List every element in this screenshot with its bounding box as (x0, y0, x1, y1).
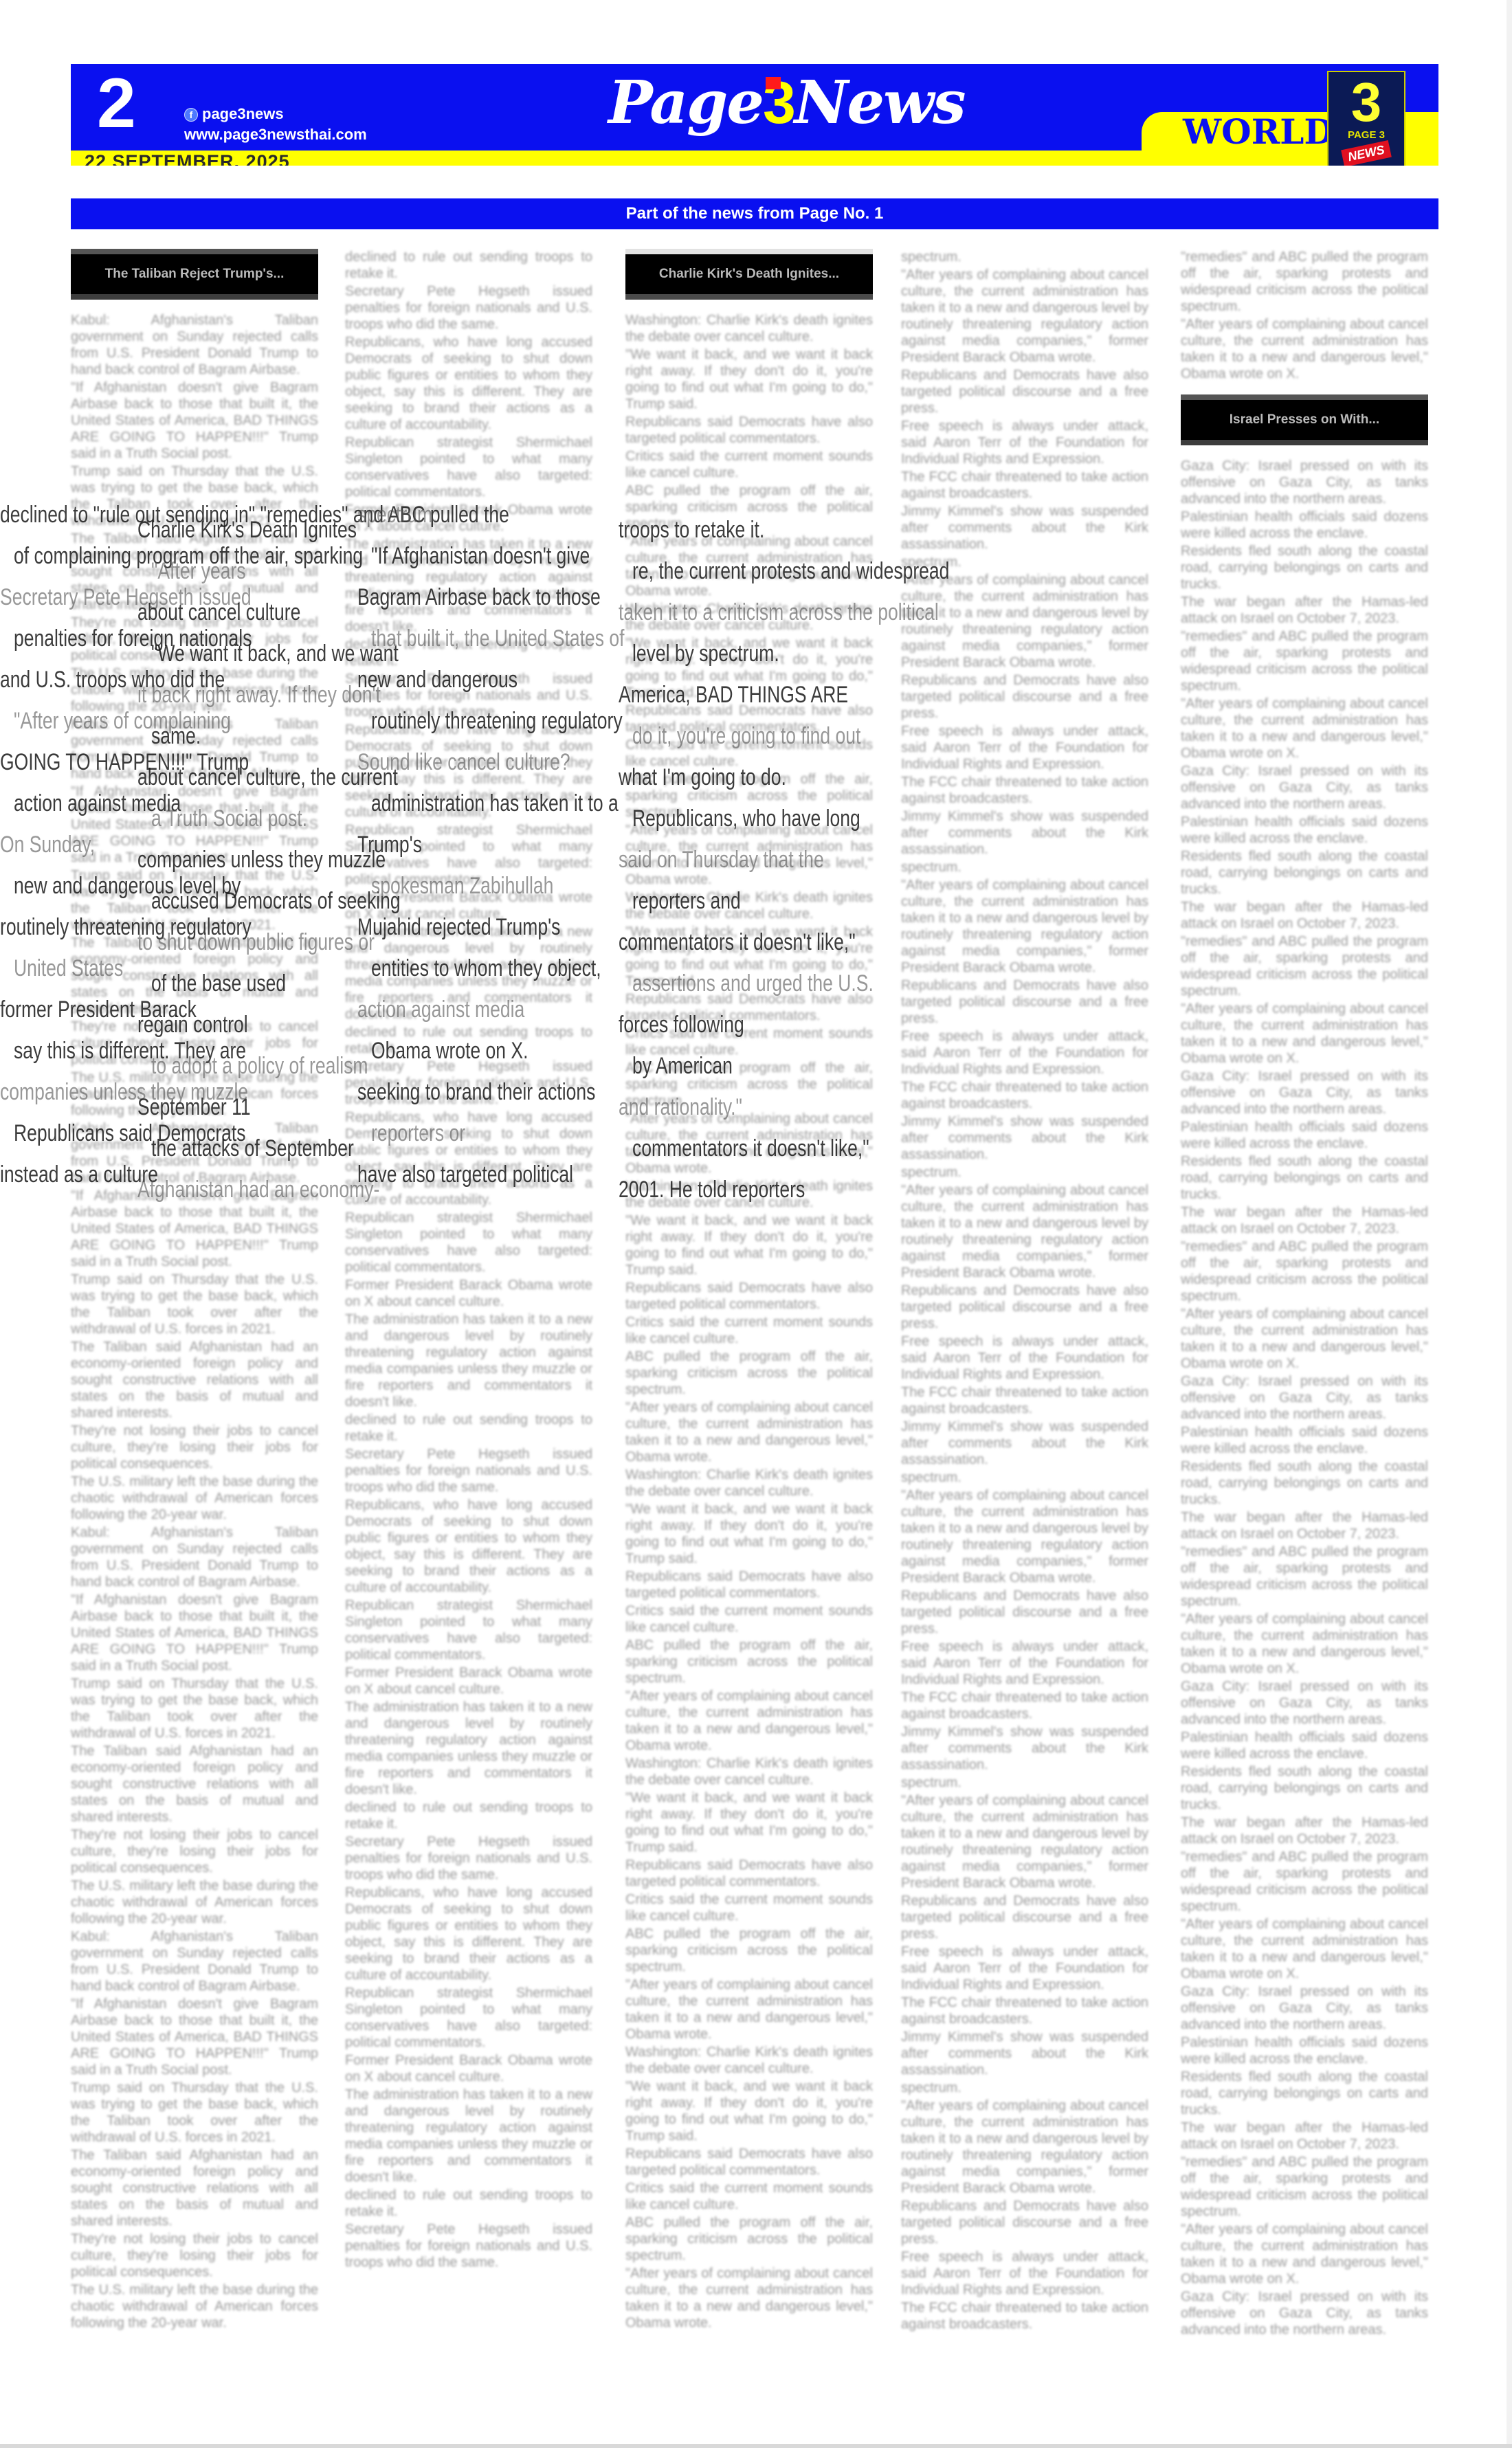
article-paragraph: Republicans and Democrats have also targ… (901, 1588, 1148, 1637)
article-paragraph: spectrum. (901, 249, 1148, 265)
article-headline: Israel Presses on With... (1181, 394, 1428, 445)
website-link[interactable]: www.page3newsthai.com (184, 124, 367, 145)
article-paragraph: The war began after the Hamas-led attack… (1181, 899, 1428, 932)
article-paragraph: The Taliban said Afghanistan had an econ… (71, 1339, 318, 1421)
article-paragraph: Republicans said Democrats have also tar… (625, 1568, 873, 1601)
article-paragraph: Jimmy Kimmel's show was suspended after … (901, 1113, 1148, 1163)
article-paragraph: The FCC chair threatened to take action … (901, 774, 1148, 807)
article-paragraph: "After years of complaining about cancel… (625, 2265, 873, 2331)
overlay-text-fragment: action against media (357, 997, 524, 1023)
article-paragraph: They're not losing their jobs to cancel … (71, 1423, 318, 1472)
article-headline: Charlie Kirk's Death Ignites... (625, 249, 873, 300)
article-paragraph: Republicans, who have long accused Democ… (345, 1497, 592, 1596)
article-paragraph: Critics said the current moment sounds l… (625, 448, 873, 481)
article-paragraph: Residents fled south along the coastal r… (1181, 1153, 1428, 1203)
article-paragraph: "We want it back, and we want it back ri… (625, 2078, 873, 2144)
article-paragraph: Republicans, who have long accused Democ… (345, 1884, 592, 1983)
article-paragraph: The war began after the Hamas-led attack… (1181, 1204, 1428, 1237)
overlay-text-fragment: about cancel culture (137, 599, 300, 625)
article-paragraph: spectrum. (901, 1164, 1148, 1181)
article-paragraph: Republican strategist Shermichael Single… (345, 434, 592, 500)
facebook-icon: f (184, 108, 198, 122)
overlay-text-fragment: have also targeted political (357, 1161, 573, 1188)
overlay-text-fragment: Mujahid rejected Trump's (357, 914, 560, 940)
article-paragraph: Gaza City: Israel pressed on with its of… (1181, 458, 1428, 507)
article-paragraph: Residents fled south along the coastal r… (1181, 543, 1428, 592)
article-paragraph: "remedies" and ABC pulled the program of… (1181, 933, 1428, 999)
article-paragraph: Palestinian health officials said dozens… (1181, 509, 1428, 542)
overlay-text-fragment: forces following (619, 1012, 744, 1038)
article-paragraph: Republicans said Democrats have also tar… (625, 1857, 873, 1890)
overlay-text-fragment: same. (151, 723, 201, 749)
overlay-text-fragment: the attacks of September (151, 1135, 354, 1161)
article-paragraph: The war began after the Hamas-led attack… (1181, 1509, 1428, 1542)
article-paragraph: "After years of complaining about cancel… (901, 1487, 1148, 1586)
article-paragraph: "We want it back, and we want it back ri… (625, 1790, 873, 1856)
overlay-text-fragment: and rationality." (619, 1094, 742, 1120)
article-paragraph: The administration has taken it to a new… (345, 1311, 592, 1410)
article-paragraph: ABC pulled the program off the air, spar… (625, 2214, 873, 2264)
article-paragraph: declined to rule out sending troops to r… (345, 1799, 592, 1832)
overlay-text-fragment: seeking to brand their actions (357, 1079, 595, 1105)
article-paragraph: Free speech is always under attack, said… (901, 1944, 1148, 1993)
article-paragraph: Kabul: Afghanistan's Taliban government … (71, 1524, 318, 1590)
article-paragraph: "remedies" and ABC pulled the program of… (1181, 1238, 1428, 1304)
article-paragraph: Residents fled south along the coastal r… (1181, 1763, 1428, 1813)
article-paragraph: Secretary Pete Hegseth issued penalties … (345, 1446, 592, 1495)
article-paragraph: Republicans and Democrats have also targ… (901, 1893, 1148, 1942)
overlay-text-fragment: America, BAD THINGS ARE (619, 682, 848, 708)
article-paragraph: Free speech is always under attack, said… (901, 1028, 1148, 1078)
article-paragraph: Trump said on Thursday that the U.S. was… (71, 1271, 318, 1337)
article-headline: The Taliban Reject Trump's... (71, 249, 318, 300)
overlay-text-fragment: level by spectrum. (632, 641, 779, 667)
article-paragraph: Residents fled south along the coastal r… (1181, 1458, 1428, 1508)
article-paragraph: Republicans said Democrats have also tar… (625, 414, 873, 447)
overlay-text-fragment: spectrum. (357, 502, 437, 528)
overlay-text-fragment: Trump's (357, 832, 422, 858)
article-paragraph: "remedies" and ABC pulled the program of… (1181, 249, 1428, 315)
article-paragraph: "remedies" and ABC pulled the program of… (1181, 628, 1428, 694)
article-paragraph: Secretary Pete Hegseth issued penalties … (345, 2221, 592, 2271)
overlay-text-fragment: Sound like cancel culture? (357, 749, 570, 775)
article-paragraph: Republicans and Democrats have also targ… (901, 1282, 1148, 1332)
article-paragraph: "After years of complaining about cancel… (901, 267, 1148, 366)
newspaper-logo: Page3News (608, 74, 965, 133)
article-paragraph: The U.S. military left the base during t… (71, 1878, 318, 1927)
article-paragraph: declined to rule out sending troops to r… (345, 2187, 592, 2220)
article-paragraph: The war began after the Hamas-led attack… (1181, 594, 1428, 627)
article-paragraph: The FCC chair threatened to take action … (901, 1384, 1148, 1417)
article-paragraph: Jimmy Kimmel's show was suspended after … (901, 1724, 1148, 1773)
article-paragraph: Former President Barack Obama wrote on X… (345, 1277, 592, 1310)
overlay-text-fragment: instead as a culture (0, 1161, 158, 1188)
article-paragraph: The U.S. military left the base during t… (71, 2282, 318, 2331)
article-paragraph: "After years of complaining about cancel… (1181, 316, 1428, 382)
overlay-text-fragment: September 11 (137, 1094, 251, 1120)
overlay-text-fragment: administration has taken it to a (371, 790, 619, 816)
article-paragraph: declined to rule out sending troops to r… (345, 1412, 592, 1445)
overlay-text-fragment: reporters or (371, 1120, 465, 1146)
overlay-text-fragment: assertions and urged the U.S. (632, 970, 874, 997)
article-paragraph: Republican strategist Shermichael Single… (345, 1985, 592, 2051)
article-paragraph: "After years of complaining about cancel… (1181, 1001, 1428, 1067)
overlay-text-fragment: of the base used (151, 970, 286, 997)
overlay-text-fragment: by American (632, 1053, 733, 1079)
continuation-banner: Part of the news from Page No. 1 (71, 198, 1438, 230)
overlay-text-fragment: Obama wrote on X. (371, 1038, 528, 1064)
article-paragraph: The war began after the Hamas-led attack… (1181, 2119, 1428, 2152)
overlay-text-fragment: taken it to a criticism across the polit… (619, 599, 939, 625)
issue-date: 22 SEPTEMBER, 2025 (85, 152, 290, 166)
article-paragraph: Palestinian health officials said dozens… (1181, 1729, 1428, 1762)
article-paragraph: "After years of complaining about cancel… (1181, 696, 1428, 761)
article-paragraph: "After years of complaining about cancel… (901, 1182, 1148, 1281)
overlay-text-fragment: commentators it doesn't like," (632, 1135, 869, 1161)
overlay-text-fragment: Charlie Kirk's Death Ignites (137, 517, 357, 543)
article-paragraph: Jimmy Kimmel's show was suspended after … (901, 808, 1148, 858)
overlay-text-fragment: said on Thursday that the (619, 847, 824, 873)
article-paragraph: The war began after the Hamas-led attack… (1181, 1814, 1428, 1847)
article-paragraph: The administration has taken it to a new… (345, 1699, 592, 1798)
article-paragraph: Free speech is always under attack, said… (901, 1638, 1148, 1688)
article-paragraph: Palestinian health officials said dozens… (1181, 2034, 1428, 2067)
article-paragraph: They're not losing their jobs to cancel … (71, 2231, 318, 2280)
overlay-text-fragment: United States (14, 955, 123, 981)
overlay-text-fragment: regain control (137, 1012, 248, 1038)
article-paragraph: Former President Barack Obama wrote on X… (345, 1665, 592, 1698)
article-paragraph: Republicans, who have long accused Democ… (345, 334, 592, 433)
article-paragraph: "We want it back, and we want it back ri… (625, 1501, 873, 1567)
article-paragraph: Gaza City: Israel pressed on with its of… (1181, 2289, 1428, 2338)
article-paragraph: The Taliban said Afghanistan had an econ… (71, 2147, 318, 2229)
viewer-right-edge (1507, 0, 1512, 2448)
article-paragraph: Washington: Charlie Kirk's death ignites… (625, 312, 873, 345)
article-paragraph: Critics said the current moment sounds l… (625, 1314, 873, 1347)
article-paragraph: Palestinian health officials said dozens… (1181, 1424, 1428, 1457)
article-paragraph: Residents fled south along the coastal r… (1181, 848, 1428, 898)
article-paragraph: Free speech is always under attack, said… (901, 2249, 1148, 2298)
badge-digit: 3 (1328, 75, 1404, 130)
article-paragraph: Gaza City: Israel pressed on with its of… (1181, 763, 1428, 812)
article-paragraph: They're not losing their jobs to cancel … (71, 1827, 318, 1876)
masthead: 2 fpage3news www.page3newsthai.com 22 SE… (71, 64, 1438, 166)
article-paragraph: "After years of complaining about cancel… (1181, 2221, 1428, 2287)
overlay-text-fragment: to shut down public figures or (137, 929, 375, 955)
article-paragraph: spectrum. (901, 1774, 1148, 1791)
overlay-text-fragment: On Sunday, (0, 832, 95, 858)
article-paragraph: Kabul: Afghanistan's Taliban government … (71, 1928, 318, 1994)
article-paragraph: Secretary Pete Hegseth issued penalties … (345, 1834, 592, 1883)
article-paragraph: declined to rule out sending troops to r… (345, 249, 592, 282)
badge-news-tag: NEWS (1341, 140, 1392, 166)
article-paragraph: spectrum. (901, 1469, 1148, 1486)
article-column-5: "remedies" and ABC pulled the program of… (1181, 249, 1428, 2339)
viewer-bottom-edge (0, 2444, 1512, 2448)
article-paragraph: Republicans and Democrats have also targ… (901, 367, 1148, 416)
article-paragraph: "After years of complaining about cancel… (625, 1399, 873, 1465)
page-number: 2 (97, 68, 136, 138)
overlay-text-fragment: accused Democrats of seeking (151, 888, 401, 914)
overlay-text-fragment: a Truth Social post. (151, 805, 307, 832)
article-paragraph: Gaza City: Israel pressed on with its of… (1181, 1373, 1428, 1423)
article-paragraph: Gaza City: Israel pressed on with its of… (1181, 1068, 1428, 1117)
article-paragraph: "After years of complaining about cancel… (901, 2098, 1148, 2196)
overlay-text-fragment: Afghanistan had an economy- (137, 1177, 379, 1203)
article-body: "remedies" and ABC pulled the program of… (1181, 249, 1428, 2338)
article-paragraph: "We want it back, and we want it back ri… (625, 1212, 873, 1278)
article-paragraph: Washington: Charlie Kirk's death ignites… (625, 1467, 873, 1500)
article-paragraph: Republican strategist Shermichael Single… (345, 1210, 592, 1276)
overlay-text-fragment: Bagram Airbase back to those (357, 584, 601, 610)
article-paragraph: The U.S. military left the base during t… (71, 1473, 318, 1523)
article-paragraph: "If Afghanistan doesn't give Bagram Airb… (71, 1996, 318, 2078)
overlay-text-fragment: it back right away. If they don't (137, 682, 381, 708)
article-paragraph: Former President Barack Obama wrote on X… (345, 2052, 592, 2085)
article-paragraph: Trump said on Thursday that the U.S. was… (71, 1676, 318, 1742)
overlay-text-fragment: spokesman Zabihullah (371, 873, 553, 899)
overlay-text-fragment: troops to retake it. (619, 517, 764, 543)
article-paragraph: Gaza City: Israel pressed on with its of… (1181, 1983, 1428, 2033)
facebook-handle: page3news (202, 105, 284, 122)
article-paragraph: Secretary Pete Hegseth issued penalties … (345, 283, 592, 333)
social-links: fpage3news www.page3newsthai.com (184, 104, 367, 145)
article-paragraph: "After years of complaining about cancel… (901, 1792, 1148, 1891)
facebook-link[interactable]: fpage3news (184, 104, 367, 124)
article-paragraph: Free speech is always under attack, said… (901, 723, 1148, 772)
overlay-text-fragment: Republicans, who have long (632, 805, 860, 832)
article-paragraph: Trump said on Thursday that the U.S. was… (71, 2080, 318, 2146)
badge-caption: PAGE 3 (1328, 130, 1404, 141)
article-paragraph: "remedies" and ABC pulled the program of… (1181, 1544, 1428, 1610)
article-paragraph: Free speech is always under attack, said… (901, 418, 1148, 467)
article-paragraph: Republicans and Democrats have also targ… (901, 2198, 1148, 2247)
overlay-text-fragment: "If Afghanistan doesn't give (371, 543, 590, 569)
article-paragraph: The Taliban said Afghanistan had an econ… (71, 1743, 318, 1825)
overlay-text-fragment: that built it, the United States of (371, 625, 625, 652)
overlay-text-fragment: commentators it doesn't like," (619, 929, 856, 955)
article-paragraph: Palestinian health officials said dozens… (1181, 1119, 1428, 1152)
overlay-text-fragment: "We want it back, and we want (151, 641, 399, 667)
article-paragraph: Republican strategist Shermichael Single… (345, 1597, 592, 1663)
article-paragraph: Republicans said Democrats have also tar… (625, 2146, 873, 2179)
overlay-text-fragment: do it, you're going to find out (632, 723, 860, 749)
article-paragraph: Washington: Charlie Kirk's death ignites… (625, 1755, 873, 1788)
article-paragraph: The FCC chair threatened to take action … (901, 469, 1148, 502)
article-paragraph: "remedies" and ABC pulled the program of… (1181, 1849, 1428, 1915)
logo-text-left: Page (608, 68, 763, 137)
article-paragraph: "remedies" and ABC pulled the program of… (1181, 2154, 1428, 2220)
article-paragraph: The FCC chair threatened to take action … (901, 1689, 1148, 1722)
article-paragraph: Jimmy Kimmel's show was suspended after … (901, 503, 1148, 553)
article-paragraph: Jimmy Kimmel's show was suspended after … (901, 2029, 1148, 2078)
article-paragraph: ABC pulled the program off the air, spar… (625, 1348, 873, 1398)
article-paragraph: "If Afghanistan doesn't give Bagram Airb… (71, 1592, 318, 1674)
article-paragraph: "After years of complaining about cancel… (901, 877, 1148, 976)
overlay-text-fragment: 2001. He told reporters (619, 1177, 805, 1203)
article-paragraph: Washington: Charlie Kirk's death ignites… (625, 2044, 873, 2077)
page3-badge-logo: 3 PAGE 3 NEWS (1327, 71, 1405, 166)
article-paragraph: spectrum. (901, 859, 1148, 876)
article-paragraph: Republicans and Democrats have also targ… (901, 977, 1148, 1027)
article-paragraph: The FCC chair threatened to take action … (901, 1994, 1148, 2027)
article-paragraph: "After years of complaining about cancel… (625, 1688, 873, 1754)
overlay-text-fragment: routinely threatening regulatory (371, 708, 623, 734)
article-paragraph: Critics said the current moment sounds l… (625, 1891, 873, 1924)
overlay-text-fragment: to adopt a policy of realism (151, 1053, 368, 1079)
article-paragraph: ABC pulled the program off the air, spar… (625, 1637, 873, 1687)
article-paragraph: The FCC chair threatened to take action … (901, 1079, 1148, 1112)
article-paragraph: Gaza City: Israel pressed on with its of… (1181, 1678, 1428, 1728)
article-paragraph: "After years of complaining about cancel… (1181, 1306, 1428, 1372)
overlay-text-fragment: entities to whom they object, (371, 955, 601, 981)
article-paragraph: spectrum. (901, 2080, 1148, 2096)
overlay-text-fragment: companies unless they muzzle (137, 847, 386, 873)
article-paragraph: Critics said the current moment sounds l… (625, 1603, 873, 1636)
article-paragraph: "After years of complaining about cancel… (625, 1977, 873, 2043)
article-paragraph: The administration has taken it to a new… (345, 2087, 592, 2185)
logo-digit: 3 (763, 70, 794, 136)
article-paragraph: Residents fled south along the coastal r… (1181, 2069, 1428, 2118)
article-paragraph: Republicans and Democrats have also targ… (901, 672, 1148, 722)
article-paragraph: The FCC chair threatened to take action … (901, 2300, 1148, 2333)
article-paragraph: Republicans said Democrats have also tar… (625, 1280, 873, 1313)
article-paragraph: "After years of complaining about cancel… (1181, 1611, 1428, 1677)
article-paragraph: "After years of complaining about cancel… (1181, 1916, 1428, 1982)
overlay-text-fragment: "After years (151, 558, 246, 584)
article-paragraph: "We want it back, and we want it back ri… (625, 346, 873, 412)
article-paragraph: Jimmy Kimmel's show was suspended after … (901, 1418, 1148, 1468)
overlay-text-fragment: reporters and (632, 888, 741, 914)
article-paragraph: Free speech is always under attack, said… (901, 1333, 1148, 1383)
overlay-text-fragment: re, the current protests and widespread (632, 558, 949, 584)
article-paragraph: Critics said the current moment sounds l… (625, 2180, 873, 2213)
logo-text-right: News (794, 68, 965, 137)
article-paragraph: "If Afghanistan doesn't give Bagram Airb… (71, 379, 318, 462)
article-paragraph: Palestinian health officials said dozens… (1181, 814, 1428, 847)
article-paragraph: Kabul: Afghanistan's Taliban government … (71, 312, 318, 378)
overlay-text-fragment: new and dangerous (357, 667, 518, 693)
section-label: WORLD (1183, 115, 1334, 149)
overlay-text-fragment: what I'm going to do. (619, 764, 786, 790)
article-paragraph: ABC pulled the program off the air, spar… (625, 1926, 873, 1975)
